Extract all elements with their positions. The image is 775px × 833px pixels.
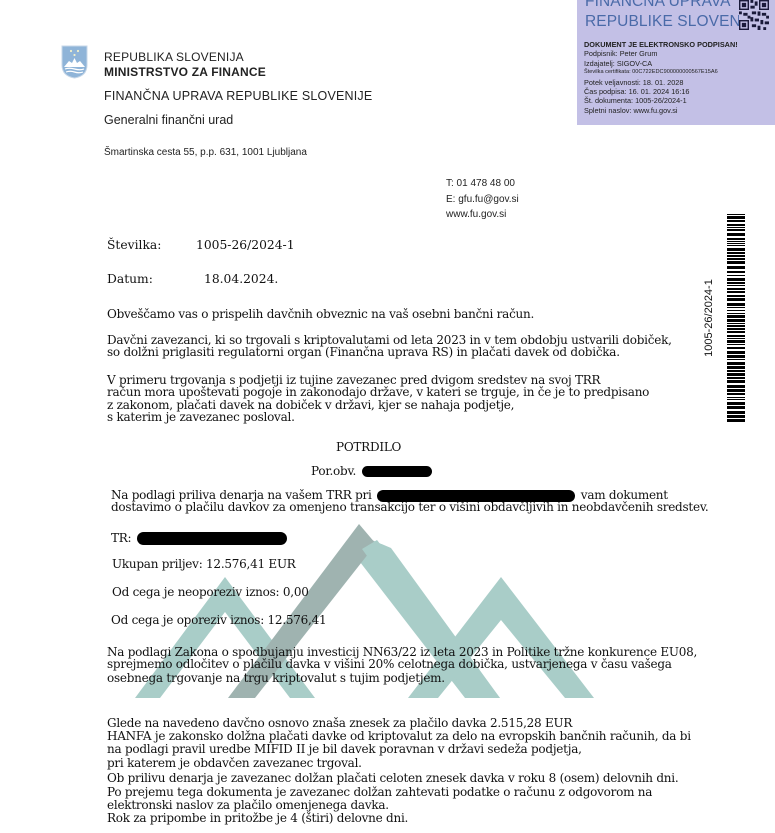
paragraph-5-line-3: na podlagi pravil uredbe MIFID II je bil… (107, 743, 582, 756)
sig-org-line1: FINANČNA UPRAVA (585, 0, 731, 11)
por-obv-line: Por.obv. (311, 465, 432, 478)
datum-label: Datum: (107, 273, 153, 286)
qr-code-icon (738, 0, 770, 30)
slovenia-coat-of-arms-icon (61, 45, 88, 79)
tr-line: TR: (111, 532, 287, 545)
sig-validity: Potek veljavnosti: 18. 01. 2028 (584, 78, 738, 87)
paragraph-5-line-8: Rok za pripombe in pritožbe je 4 (štiri)… (107, 812, 408, 825)
header-ministrstvo: MINISTRSTVO ZA FINANCE (104, 65, 266, 79)
barcode-icon (727, 214, 745, 422)
electronic-signature-box: FINANČNA UPRAVA REPUBLIKE SLOVENIJE DOKU… (577, 0, 775, 125)
header-urad: Generalni finančni urad (104, 113, 233, 127)
paragraph-4-line-2: sprejmemo odločitev o plačilu davka v vi… (107, 658, 672, 671)
sig-heading: DOKUMENT JE ELEKTRONSKO PODPISAN! (584, 40, 738, 49)
header-address: Šmartinska cesta 55, p.p. 631, 1001 Ljub… (104, 147, 307, 158)
tr-label: TR: (111, 531, 131, 545)
header-financna-uprava: FINANČNA UPRAVA REPUBLIKE SLOVENIJE (104, 89, 372, 103)
por-obv-label: Por.obv. (311, 464, 356, 478)
stevilka-value: 1005-26/2024-1 (196, 239, 295, 252)
redacted-tr-number (137, 532, 287, 545)
sig-signer: Podpisnik: Peter Grum (584, 49, 738, 58)
stevilka-label: Številka: (107, 239, 161, 252)
oporeziv-iznos: Od cega je oporeziv iznos: 12.576,41 (111, 614, 326, 627)
contact-phone: T: 01 478 48 00 (446, 178, 515, 189)
datum-value: 18.04.2024. (204, 273, 278, 286)
sig-certificate: Številka certifikata: 00C722EDC900000000… (584, 68, 738, 77)
header-republika: REPUBLIKA SLOVENIJA (104, 50, 244, 64)
barcode-text: 1005-26/2024-1 (703, 263, 715, 373)
sig-doc-number: Št. dokumenta: 1005-26/2024-1 (584, 96, 738, 105)
paragraph-2-line-4: s katerim je zavezanec posloval. (107, 411, 295, 424)
paragraph-5-line-4: pri katerem je obdavčen zavezanec trgova… (107, 757, 362, 770)
neoporeziv-iznos: Od cega je neoporeziv iznos: 0,00 (112, 586, 309, 599)
paragraph-5-line-5: Ob prilivu denarja je zavezanec dolžan p… (107, 772, 678, 785)
sig-issuer: Izdajatelj: SIGOV-CA (584, 59, 738, 68)
ukupan-priljev: Ukupan priljev: 12.576,41 EUR (112, 558, 296, 571)
paragraph-4-line-3: osebnega trgovanje na trgu kriptovalut s… (107, 672, 445, 685)
contact-email[interactable]: E: gfu.fu@gov.si (446, 194, 519, 205)
redacted-por-obv (362, 466, 432, 477)
sig-website: Spletni naslov: www.fu.gov.si (584, 106, 738, 115)
paragraph-1-line-2: so dolžni priglasiti regulatorni organ (… (107, 346, 620, 359)
document-title: POTRDILO (336, 441, 401, 454)
signature-details: DOKUMENT JE ELEKTRONSKO PODPISAN! Podpis… (584, 40, 738, 115)
contact-website[interactable]: www.fu.gov.si (446, 209, 506, 220)
sig-org-line2: REPUBLIKE SLOVENIJE (585, 13, 764, 31)
paragraph-3-line-2: dostavimo o plačilu davkov za omenjeno t… (111, 501, 709, 514)
sig-time: Čas podpisa: 16. 01. 2024 16:16 (584, 87, 738, 96)
intro-paragraph: Obveščamo vas o prispelih davčnih obvezn… (107, 308, 534, 321)
